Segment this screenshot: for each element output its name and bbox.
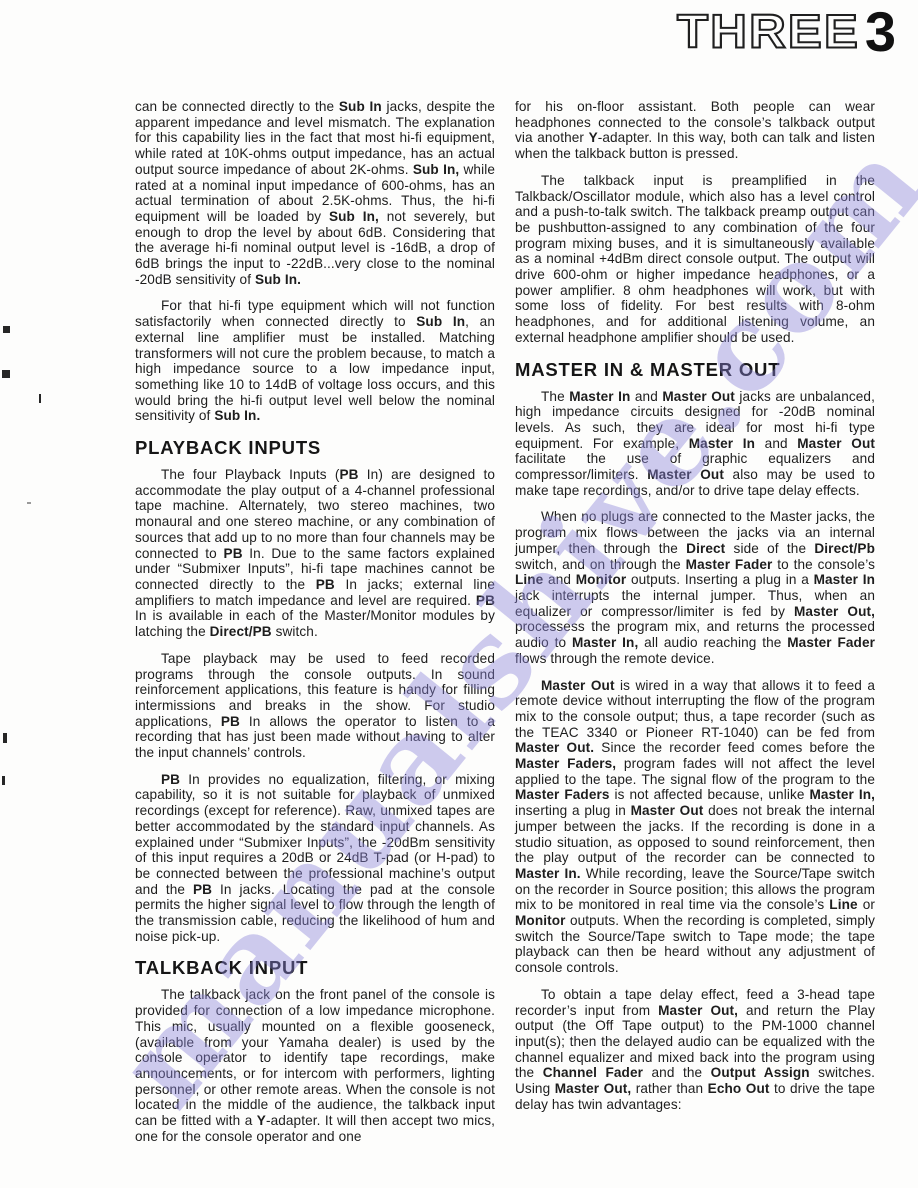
paragraph: The Master In and Master Out jacks are u… — [515, 389, 875, 499]
paragraph: To obtain a tape delay effect, feed a 3-… — [515, 987, 875, 1113]
paragraph: For that hi-fi type equipment which will… — [135, 298, 495, 424]
paragraph: The talkback jack on the front panel of … — [135, 987, 495, 1144]
paragraph: The four Playback Inputs (PB In) are des… — [135, 467, 495, 640]
scan-artifact — [39, 394, 41, 403]
paragraph: When no plugs are connected to the Maste… — [515, 509, 875, 666]
scan-artifact — [27, 502, 31, 504]
left-column: can be connected directly to the Sub In … — [135, 99, 495, 1155]
chapter-number: 3 — [865, 4, 896, 60]
section-heading: MASTER IN & MASTER OUT — [515, 359, 875, 381]
chapter-word: THREE — [677, 8, 860, 55]
scan-artifact — [2, 370, 10, 378]
paragraph: can be connected directly to the Sub In … — [135, 99, 495, 287]
right-column: for his on-floor assistant. Both people … — [515, 99, 875, 1155]
section-heading: TALKBACK INPUT — [135, 957, 495, 979]
chapter-header: THREE 3 — [677, 8, 896, 60]
scan-artifact — [2, 776, 5, 785]
text-columns: can be connected directly to the Sub In … — [135, 99, 875, 1155]
paragraph: PB In provides no equalization, filterin… — [135, 772, 495, 945]
section-heading: PLAYBACK INPUTS — [135, 437, 495, 459]
paragraph: Tape playback may be used to feed record… — [135, 651, 495, 761]
manual-page: THREE 3 can be connected directly to the… — [0, 0, 918, 1188]
paragraph: The talkback input is preamplified in th… — [515, 173, 875, 346]
paragraph: for his on-floor assistant. Both people … — [515, 99, 875, 162]
scan-artifact — [3, 326, 10, 333]
scan-artifact — [3, 733, 7, 743]
paragraph: Master Out is wired in a way that allows… — [515, 678, 875, 976]
